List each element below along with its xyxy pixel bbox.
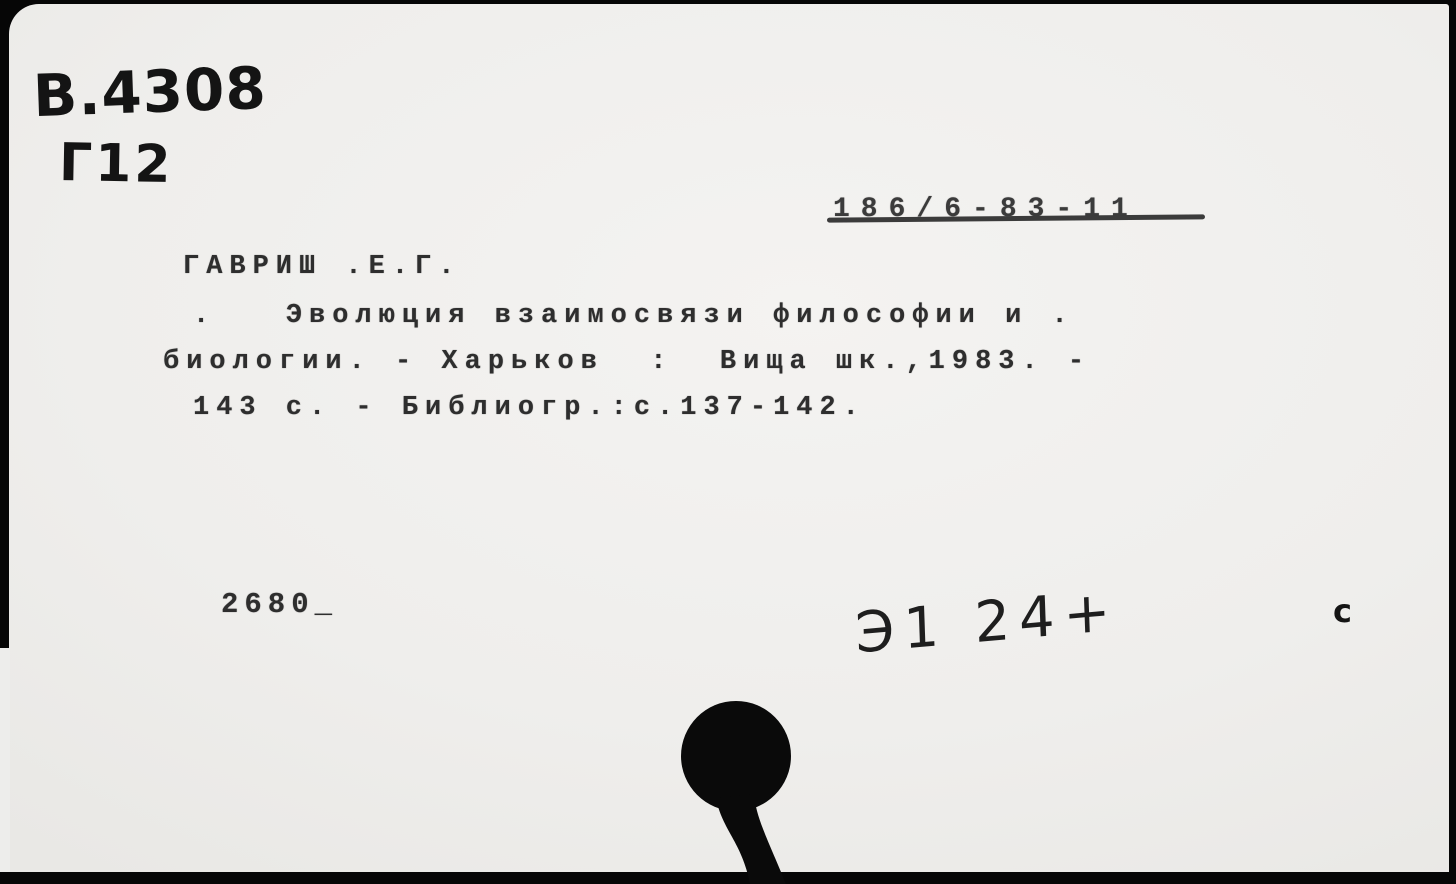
card-number: 2680_ [221,588,338,621]
description-line-2: биологии. - Харьков : Вища шк.,1983. - [163,347,1091,377]
scan-edge-patch [0,648,10,872]
description-line-1: . Эволюция взаимосвязи философии и . [193,301,1075,331]
index-code: Г12 [58,133,174,195]
handwritten-letter-c: с [1333,592,1352,630]
description-line-3: 143 с. - Библиогр.:с.137-142. [193,393,866,423]
author-heading: ГАВРИШ .Е.Г. [183,252,461,282]
punch-hole-icon [656,690,816,884]
handwritten-note: Э1 24+ [854,578,1120,666]
call-number: В.4308 [32,54,268,130]
